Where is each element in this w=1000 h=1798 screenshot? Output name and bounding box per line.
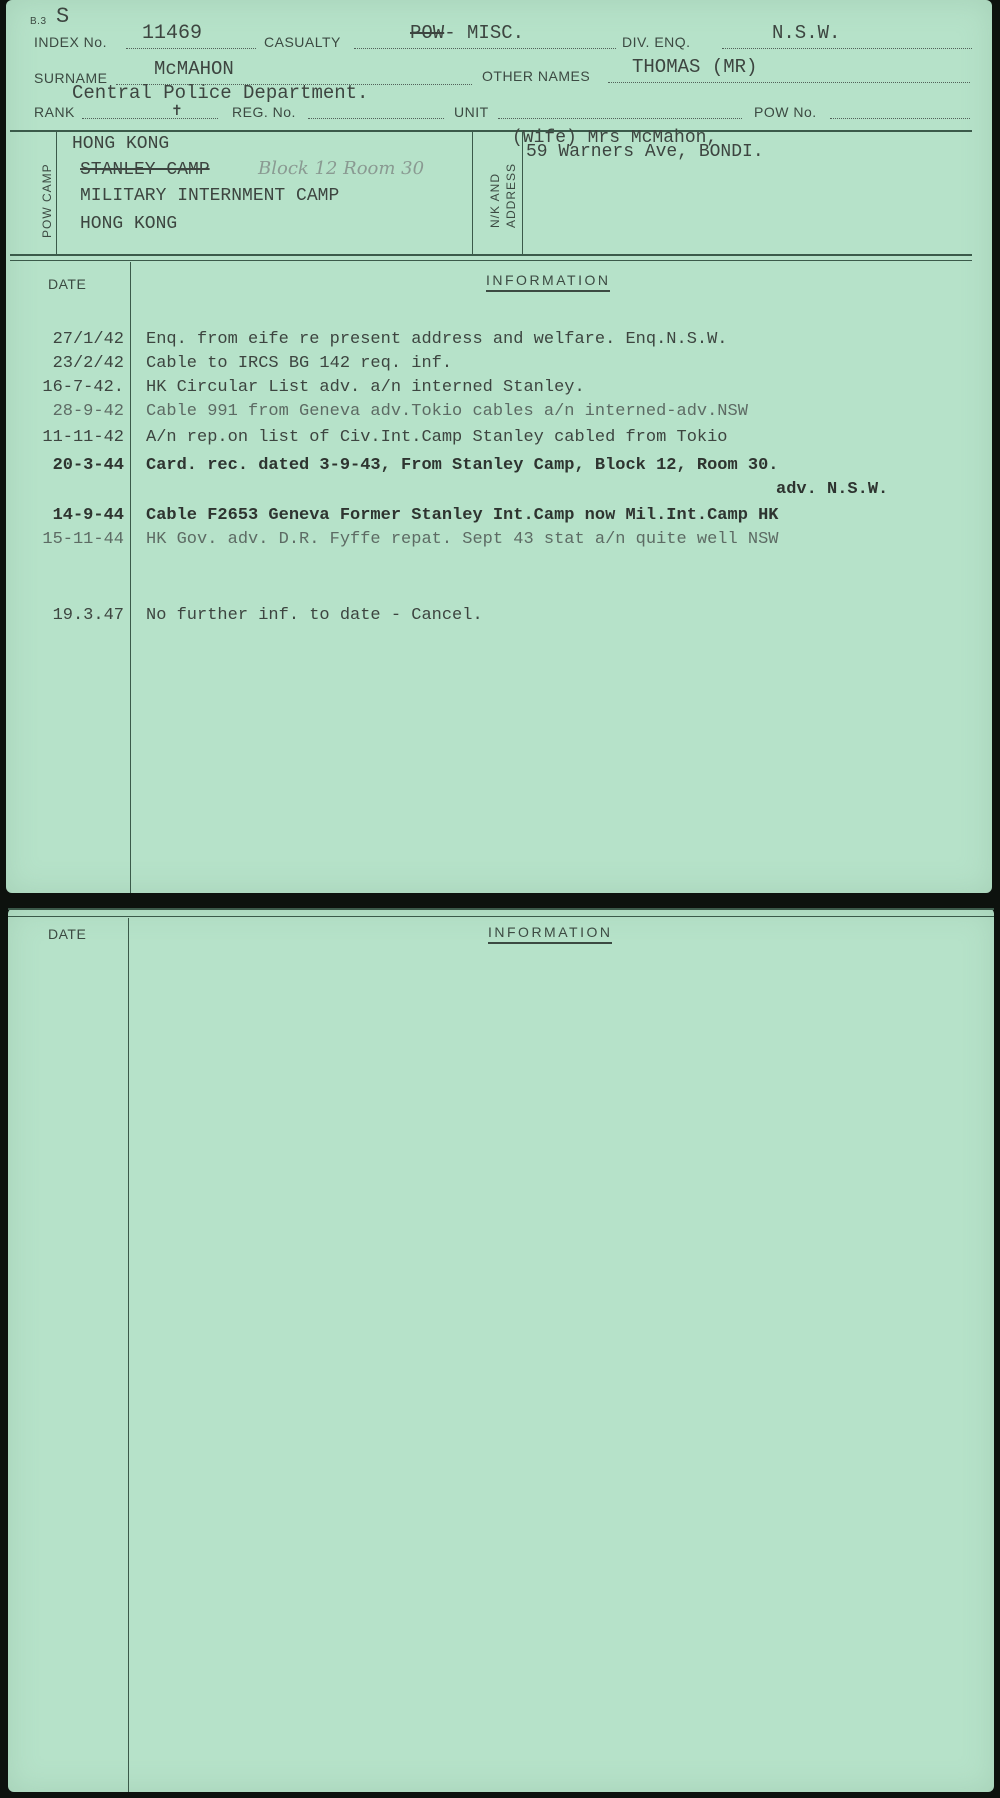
pow-no-line — [830, 118, 970, 119]
entry-text: Enq. from eife re present address and we… — [146, 330, 728, 349]
entry-text: HK Circular List adv. a/n interned Stanl… — [146, 378, 585, 397]
unit-line — [498, 118, 742, 119]
entry-date: 11-11-42 — [6, 428, 124, 447]
divider-info-top-1 — [10, 254, 972, 256]
divider-info-top-2 — [10, 260, 972, 261]
pow-no-label: POW No. — [754, 104, 817, 120]
entry-text: A/n rep.on list of Civ.Int.Camp Stanley … — [146, 428, 728, 447]
entry-text: Cable to IRCS BG 142 req. inf. — [146, 354, 452, 373]
entry-text: HK Gov. adv. D.R. Fyffe repat. Sept 43 s… — [146, 530, 779, 549]
pow-camp-line-2-struck: STANLEY-CAMP — [80, 160, 210, 180]
stamp-letter: S — [56, 4, 69, 29]
nk-and-label: N/K AND — [488, 173, 502, 228]
reg-no-label: REG. No. — [232, 104, 296, 120]
casualty-value: POW- MISC. — [410, 22, 524, 44]
entry-date: 19.3.47 — [6, 606, 124, 625]
entry-date: 14-9-44 — [6, 506, 124, 525]
divider-address-label — [522, 132, 523, 254]
rank-label: RANK — [34, 104, 75, 120]
rank-mark: ✝ — [172, 100, 182, 120]
reg-no-line — [308, 118, 444, 119]
casualty-line — [354, 48, 616, 49]
information-column-header: INFORMATION — [486, 272, 610, 292]
occupation-value: Central Police Department. — [72, 82, 368, 104]
pow-camp-handwritten-note: Block 12 Room 30 — [258, 158, 424, 179]
form-code: B.3 — [30, 16, 47, 27]
rank-line — [82, 118, 218, 119]
surname-value: McMAHON — [154, 58, 234, 80]
divider-pow-camp-label — [56, 132, 57, 254]
other-names-value: THOMAS (MR) — [632, 56, 757, 78]
casualty-text: - MISC. — [444, 22, 524, 44]
nk-address-line-2: 59 Warners Ave, BONDI. — [526, 142, 764, 162]
entry-date: 27/1/42 — [6, 330, 124, 349]
entry-date: 23/2/42 — [6, 354, 124, 373]
back-information-column-header: INFORMATION — [488, 924, 612, 944]
index-no-line — [126, 48, 256, 49]
divider-back-top-1 — [8, 908, 994, 910]
address-label: ADDRESS — [504, 163, 518, 228]
div-enq-line — [722, 48, 972, 49]
entry-date: 28-9-42 — [6, 402, 124, 421]
other-names-line — [608, 82, 970, 83]
entry-date: 15-11-44 — [6, 530, 124, 549]
divider-back-top-2 — [8, 916, 994, 917]
pow-camp-line-3: MILITARY INTERNMENT CAMP — [80, 186, 339, 206]
index-no-value: 11469 — [142, 22, 202, 45]
div-enq-value: N.S.W. — [772, 22, 840, 44]
record-card-back: DATE INFORMATION — [8, 908, 994, 1792]
back-date-column-header: DATE — [48, 926, 86, 942]
pow-camp-label: POW CAMP — [40, 163, 54, 238]
other-names-label: OTHER NAMES — [482, 68, 590, 84]
unit-label: UNIT — [454, 104, 489, 120]
index-no-label: INDEX No. — [34, 34, 107, 50]
pow-camp-line-1: HONG KONG — [72, 134, 169, 154]
casualty-struck: POW — [410, 22, 444, 44]
divider-back-date-column — [128, 918, 129, 1792]
divider-date-column — [130, 262, 131, 893]
pow-camp-line-4: HONG KONG — [80, 214, 177, 234]
divider-top-box — [10, 130, 972, 132]
entry-text: adv. N.S.W. — [776, 480, 888, 499]
entry-date: 16-7-42. — [6, 378, 124, 397]
casualty-label: CASUALTY — [264, 34, 341, 50]
entry-text: Cable 991 from Geneva adv.Tokio cables a… — [146, 402, 748, 421]
entry-date: 20-3-44 — [6, 456, 124, 475]
divider-camp-address — [472, 132, 473, 254]
entry-text: Card. rec. dated 3-9-43, From Stanley Ca… — [146, 456, 779, 475]
record-card-front: B.3 S INDEX No. 11469 CASUALTY POW- MISC… — [6, 0, 992, 893]
entry-text: No further inf. to date - Cancel. — [146, 606, 483, 625]
entry-text: Cable F2653 Geneva Former Stanley Int.Ca… — [146, 506, 779, 525]
date-column-header: DATE — [48, 276, 86, 292]
div-enq-label: DIV. ENQ. — [622, 34, 691, 50]
